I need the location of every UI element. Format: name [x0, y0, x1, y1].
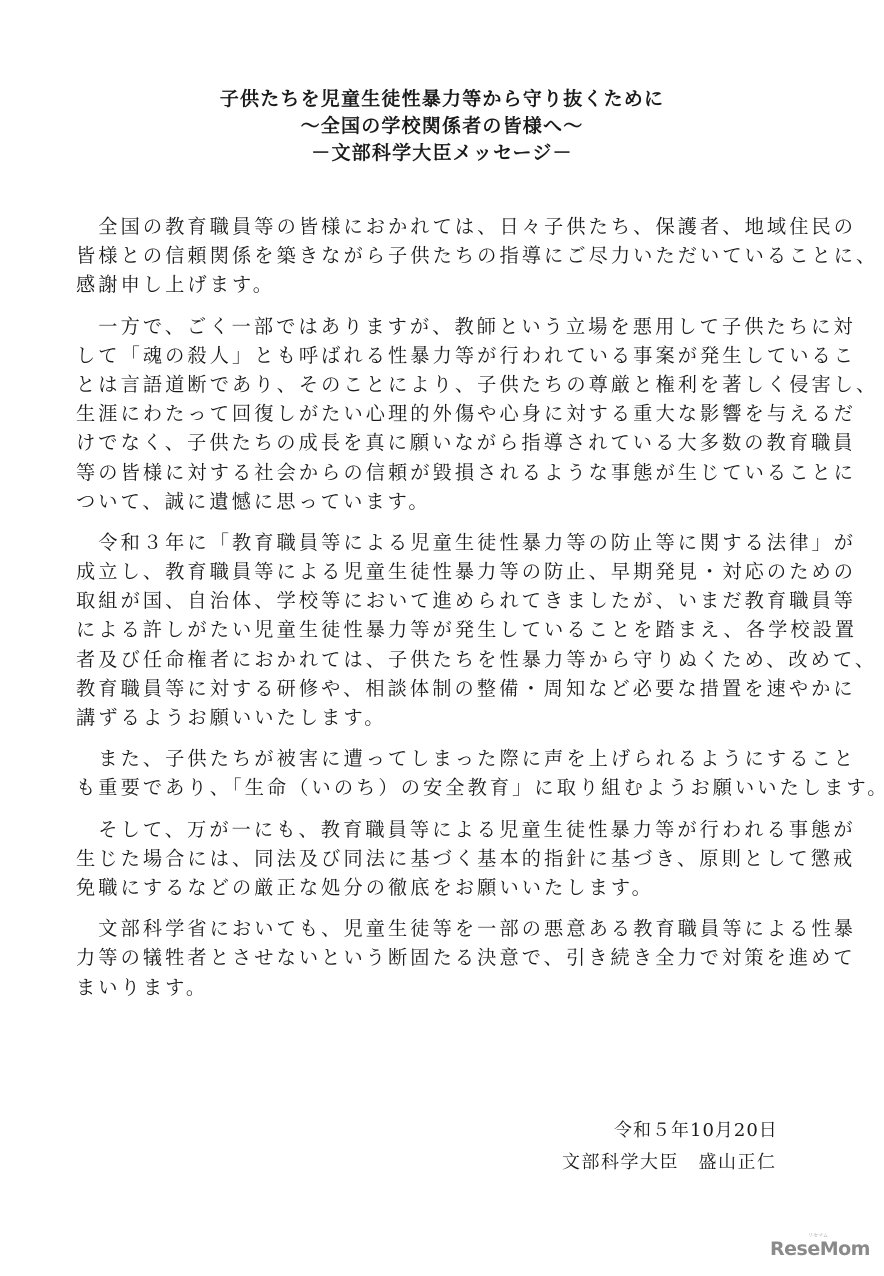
text-line: そして、万が一にも、教育職員等による児童生徒性暴力等が行われる事態が: [76, 815, 818, 844]
title-block: 子供たちを児童生徒性暴力等から守り抜くために ～全国の学校関係者の皆様へ～ －文…: [0, 86, 884, 167]
paragraph-regret: 一方で、ごく一部ではありますが、教師という立場を悪用して子供たちに対 して「魂の…: [76, 312, 818, 516]
text-line: 文部科学省においても、児童生徒等を一部の悪意ある教育職員等による性暴: [76, 914, 818, 943]
text-line: 成立し、教育職員等による児童生徒性暴力等の防止、早期発見・対応のための: [76, 557, 818, 586]
text-line: 一方で、ごく一部ではありますが、教師という立場を悪用して子供たちに対: [76, 312, 818, 341]
text-line: 全国の教育職員等の皆様におかれては、日々子供たち、保護者、地域住民の: [76, 212, 818, 241]
text-line: 取組が国、自治体、学校等において進められてきましたが、いまだ教育職員等: [76, 586, 818, 615]
text-line: ついて、誠に遺憾に思っています。: [76, 487, 818, 516]
text-line: して「魂の殺人」とも呼ばれる性暴力等が行われている事案が発生しているこ: [76, 341, 818, 370]
paragraph-discipline: そして、万が一にも、教育職員等による児童生徒性暴力等が行われる事態が 生じた場合…: [76, 815, 818, 903]
text-line: 生じた場合には、同法及び同法に基づく基本的指針に基づき、原則として懲戒: [76, 844, 818, 873]
subtitle-audience: ～全国の学校関係者の皆様へ～: [0, 113, 884, 140]
text-line: 力等の犠牲者とさせないという断固たる決意で、引き続き全力で対策を進めて: [76, 943, 818, 972]
resemom-logo-icon: ReseMom: [770, 1238, 870, 1260]
signature-date: 令和５年10月20日: [614, 1118, 778, 1144]
document-page: 子供たちを児童生徒性暴力等から守り抜くために ～全国の学校関係者の皆様へ～ －文…: [0, 0, 884, 1276]
paragraph-law-measures: 令和３年に「教育職員等による児童生徒性暴力等の防止等に関する法律」が 成立し、教…: [76, 528, 818, 732]
subtitle-source: －文部科学大臣メッセージ－: [0, 140, 884, 167]
text-line: による許しがたい児童生徒性暴力等が発生していることを踏まえ、各学校設置: [76, 615, 818, 644]
paragraph-safety-education: また、子供たちが被害に遭ってしまった際に声を上げられるようにすること も重要であ…: [76, 744, 818, 802]
text-line: 講ずるようお願いいたします。: [76, 703, 818, 732]
text-line: 生涯にわたって回復しがたい心理的外傷や心身に対する重大な影響を与えるだ: [76, 399, 818, 428]
text-line: まいります。: [76, 973, 818, 1002]
text-line: 等の皆様に対する社会からの信頼が毀損されるような事態が生じていることに: [76, 458, 818, 487]
text-line: 皆様との信頼関係を築きながら子供たちの指導にご尽力いただいていることに、: [76, 241, 818, 270]
text-line: 令和３年に「教育職員等による児童生徒性暴力等の防止等に関する法律」が: [76, 528, 818, 557]
text-line: 感謝申し上げます。: [76, 270, 818, 299]
main-title: 子供たちを児童生徒性暴力等から守り抜くために: [0, 86, 884, 113]
message-body: 全国の教育職員等の皆様におかれては、日々子供たち、保護者、地域住民の 皆様との信…: [76, 212, 818, 1014]
text-line: また、子供たちが被害に遭ってしまった際に声を上げられるようにすること: [76, 744, 818, 773]
signature-name: 文部科学大臣 盛山正仁: [562, 1150, 777, 1176]
text-line: 教育職員等に対する研修や、相談体制の整備・周知など必要な措置を速やかに: [76, 674, 818, 703]
text-line: とは言語道断であり、そのことにより、子供たちの尊厳と権利を著しく侵害し、: [76, 370, 818, 399]
text-line: も重要であり、「生命（いのち）の安全教育」に取り組むようお願いいたします。: [76, 773, 818, 802]
text-line: 免職にするなどの厳正な処分の徹底をお願いいたします。: [76, 873, 818, 902]
paragraph-ministry-resolve: 文部科学省においても、児童生徒等を一部の悪意ある教育職員等による性暴 力等の犠牲…: [76, 914, 818, 1002]
text-line: けでなく、子供たちの成長を真に願いながら指導されている大多数の教育職員: [76, 428, 818, 457]
paragraph-gratitude: 全国の教育職員等の皆様におかれては、日々子供たち、保護者、地域住民の 皆様との信…: [76, 212, 818, 300]
text-line: 者及び任命権者におかれては、子供たちを性暴力等から守りぬくため、改めて、: [76, 645, 818, 674]
